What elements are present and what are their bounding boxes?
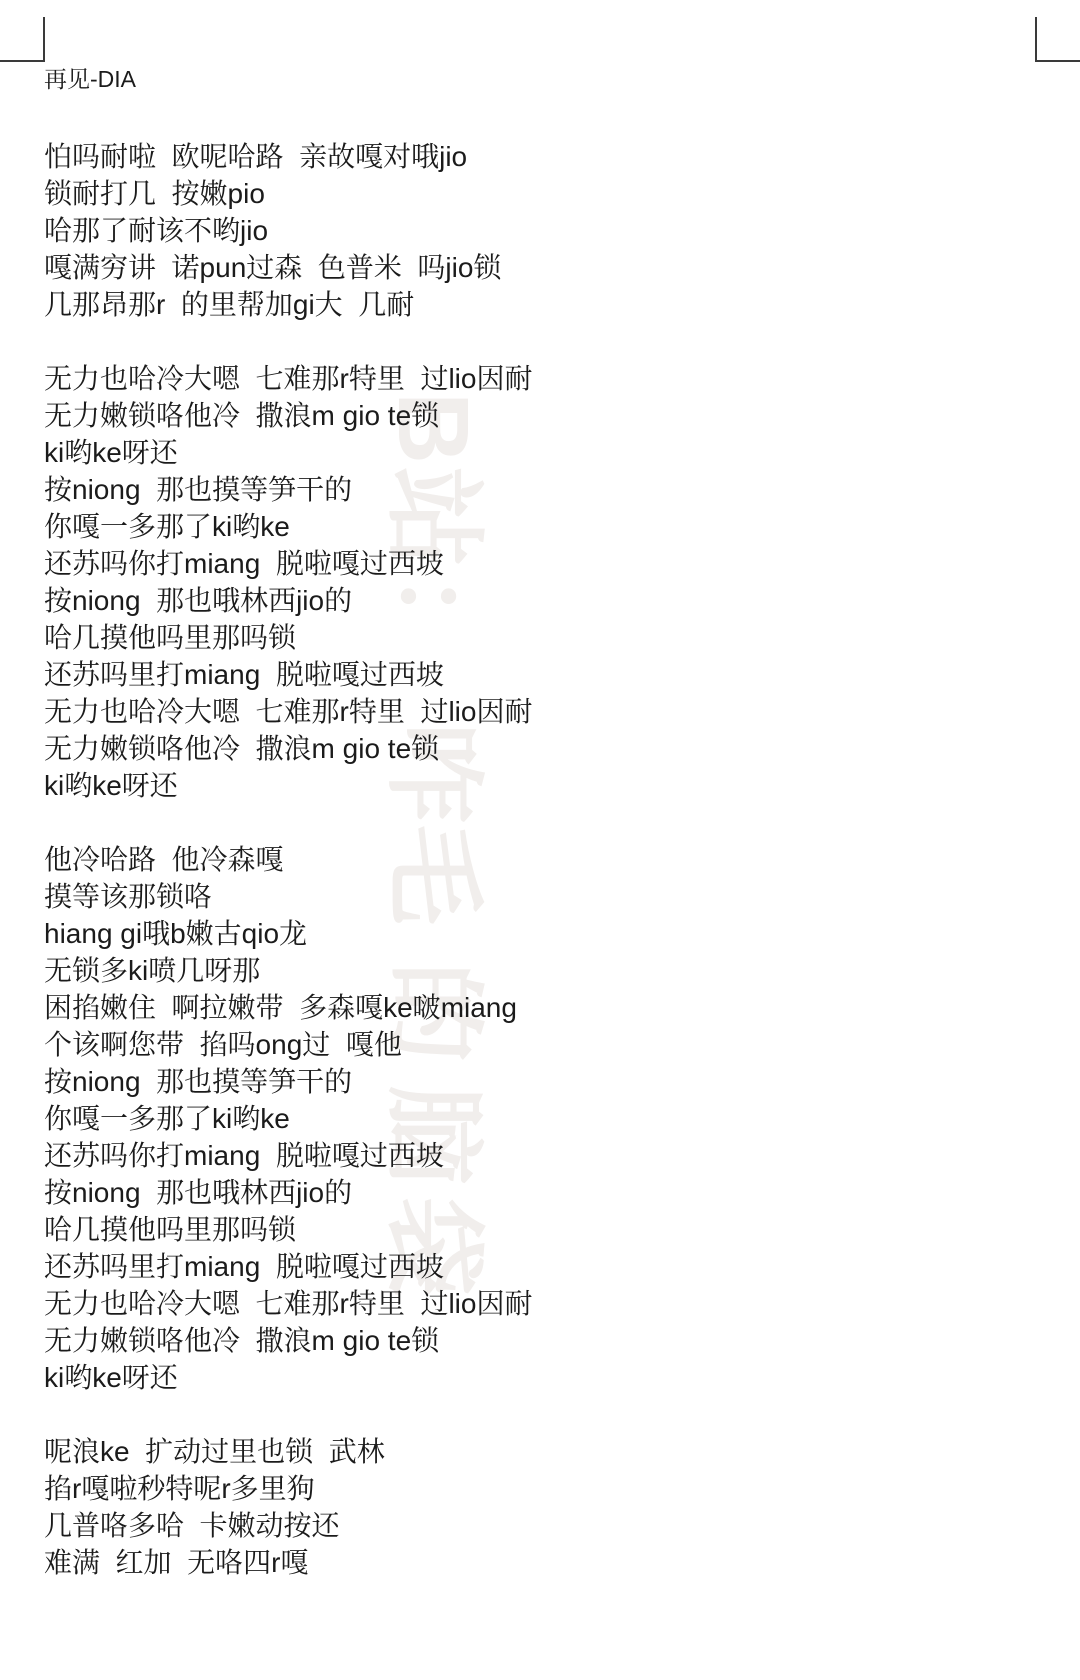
lyric-line: 按niong 那也哦林西jio的 [44, 1174, 532, 1211]
lyrics-page: B站：咋毛的脑袋 再见-DIA 怕吗耐啦 欧呢哈路 亲故嘎对哦jio锁耐打几 按… [0, 0, 1080, 1680]
lyric-line: 掐r嘎啦秒特呢r多里狗 [44, 1470, 532, 1507]
lyric-line: 无力也哈冷大嗯 七难那r特里 过lio因耐 [44, 1285, 532, 1322]
lyric-line: 还苏吗里打miang 脱啦嘎过西坡 [44, 656, 532, 693]
lyric-line: 无力也哈冷大嗯 七难那r特里 过lio因耐 [44, 360, 532, 397]
top-right-crop-mark [1035, 17, 1080, 62]
stanza: 他冷哈路 他冷森嘎摸等该那锁咯hiang gi哦b嫩古qio龙无锁多ki喷几呀那… [44, 841, 532, 1396]
lyric-line: 无锁多ki喷几呀那 [44, 952, 532, 989]
lyric-line: 还苏吗你打miang 脱啦嘎过西坡 [44, 1137, 532, 1174]
stanza: 怕吗耐啦 欧呢哈路 亲故嘎对哦jio锁耐打几 按嫩pio哈那了耐该不哟jio嘎满… [44, 138, 532, 323]
lyric-line: 个该啊您带 掐吗ong过 嘎他 [44, 1026, 532, 1063]
page-title: 再见-DIA [44, 66, 136, 92]
lyric-line: 你嘎一多那了ki哟ke [44, 508, 532, 545]
lyric-line: 无力也哈冷大嗯 七难那r特里 过lio因耐 [44, 693, 532, 730]
lyric-line: 怕吗耐啦 欧呢哈路 亲故嘎对哦jio [44, 138, 532, 175]
lyric-line: 几那昂那r 的里帮加gi大 几耐 [44, 286, 532, 323]
lyrics-body: 怕吗耐啦 欧呢哈路 亲故嘎对哦jio锁耐打几 按嫩pio哈那了耐该不哟jio嘎满… [44, 138, 532, 1581]
lyric-line: 哈那了耐该不哟jio [44, 212, 532, 249]
lyric-line: 他冷哈路 他冷森嘎 [44, 841, 532, 878]
lyric-line: ki哟ke呀还 [44, 767, 532, 804]
stanza: 无力也哈冷大嗯 七难那r特里 过lio因耐无力嫩锁咯他冷 撒浪m gio te锁… [44, 360, 532, 804]
top-left-crop-mark [0, 17, 45, 62]
lyric-line: 几普咯多哈 卡嫩动按还 [44, 1507, 532, 1544]
lyric-line: 你嘎一多那了ki哟ke [44, 1100, 532, 1137]
lyric-line: 无力嫩锁咯他冷 撒浪m gio te锁 [44, 730, 532, 767]
lyric-line: 还苏吗里打miang 脱啦嘎过西坡 [44, 1248, 532, 1285]
lyric-line: 按niong 那也摸等笋干的 [44, 1063, 532, 1100]
lyric-line: 无力嫩锁咯他冷 撒浪m gio te锁 [44, 1322, 532, 1359]
lyric-line: ki哟ke呀还 [44, 1359, 532, 1396]
lyric-line: 嘎满穷讲 诺pun过森 色普米 吗jio锁 [44, 249, 532, 286]
lyric-line: ki哟ke呀还 [44, 434, 532, 471]
stanza: 呢浪ke 扩动过里也锁 武林掐r嘎啦秒特呢r多里狗几普咯多哈 卡嫩动按还难满 红… [44, 1433, 532, 1581]
lyric-line: 摸等该那锁咯 [44, 878, 532, 915]
lyric-line: 哈几摸他吗里那吗锁 [44, 619, 532, 656]
lyric-line: 哈几摸他吗里那吗锁 [44, 1211, 532, 1248]
lyric-line: 难满 红加 无咯四r嘎 [44, 1544, 532, 1581]
lyric-line: 按niong 那也哦林西jio的 [44, 582, 532, 619]
lyric-line: 锁耐打几 按嫩pio [44, 175, 532, 212]
lyric-line: 按niong 那也摸等笋干的 [44, 471, 532, 508]
lyric-line: 还苏吗你打miang 脱啦嘎过西坡 [44, 545, 532, 582]
lyric-line: 无力嫩锁咯他冷 撒浪m gio te锁 [44, 397, 532, 434]
lyric-line: 困掐嫩住 啊拉嫩带 多森嘎ke啵miang [44, 989, 532, 1026]
lyric-line: 呢浪ke 扩动过里也锁 武林 [44, 1433, 532, 1470]
lyric-line: hiang gi哦b嫩古qio龙 [44, 915, 532, 952]
